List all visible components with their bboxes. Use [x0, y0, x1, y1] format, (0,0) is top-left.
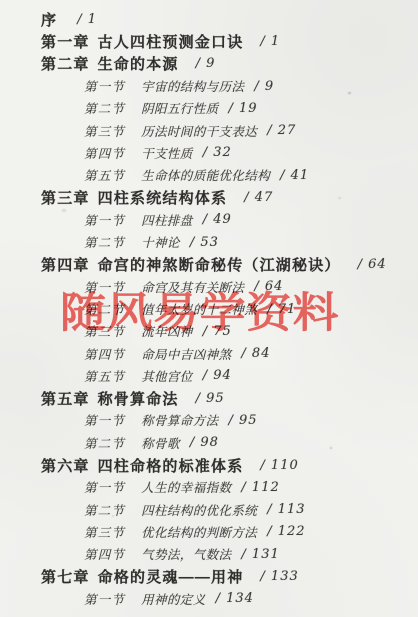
entry-page-number: / 47 — [244, 190, 273, 205]
scan-speck — [112, 515, 114, 517]
entry-label: 第一节 — [84, 411, 125, 429]
entry-label: 第二节 — [84, 233, 125, 251]
entry-label: 序 — [41, 9, 57, 30]
entry-label: 第二节 — [84, 434, 125, 452]
entry-title: 干支性质 — [141, 144, 193, 162]
scan-speck — [330, 447, 332, 449]
entry-title: 命格的灵魂——用神 — [98, 566, 244, 587]
entry-title: 优化结构的判断方法 — [141, 523, 257, 541]
entry-page-number: / 98 — [190, 435, 219, 450]
entry-label: 第一节 — [84, 77, 125, 95]
entry-title: 四柱系统结构体系 — [98, 187, 228, 208]
entry-title: 古人四柱预测金口诀 — [98, 31, 244, 52]
entry-label: 第二节 — [84, 99, 125, 117]
entry-page-number: / 95 — [229, 413, 258, 428]
entry-page-number: / 84 — [241, 346, 270, 361]
scan-speck — [338, 197, 341, 199]
entry-title: 称骨歌 — [141, 434, 180, 452]
entry-label: 第五节 — [84, 166, 125, 184]
toc-entry: 第三节优化结构的判断方法/ 122 — [0, 521, 418, 543]
entry-label: 第四节 — [84, 144, 125, 162]
toc-entry: 第四节干支性质/ 32 — [0, 142, 418, 164]
entry-title: 生命的本源 — [98, 53, 179, 74]
entry-page-number: / 112 — [241, 480, 279, 495]
entry-label: 第一节 — [84, 590, 125, 608]
entry-page-number: / 19 — [229, 101, 258, 116]
entry-title: 四柱命格的标准体系 — [98, 455, 244, 476]
entry-label: 第三节 — [84, 122, 125, 140]
entry-title: 称骨算命方法 — [141, 411, 218, 429]
entry-title: 历法时间的干支表达 — [141, 122, 257, 140]
entry-page-number: / 110 — [260, 458, 298, 473]
toc-entry: 第二章生命的本源/ 9 — [0, 53, 418, 75]
entry-page-number: / 122 — [267, 524, 305, 539]
scan-speck — [348, 92, 351, 94]
toc-entry: 第四章命宫的神煞断命秘传（江湖秘诀）/ 64 — [0, 253, 418, 275]
entry-page-number: / 53 — [190, 235, 219, 250]
entry-label: 第三章 — [41, 187, 90, 208]
entry-label: 第三节 — [84, 523, 125, 541]
entry-page-number: / 27 — [267, 123, 296, 138]
toc-entry: 第三章四柱系统结构体系/ 47 — [0, 186, 418, 208]
entry-label: 第一节 — [84, 211, 125, 229]
entry-page-number: / 94 — [203, 368, 232, 383]
entry-page-number: / 49 — [203, 212, 232, 227]
toc-entry: 第五节生命体的质能优化结构/ 41 — [0, 164, 418, 186]
entry-page-number: / 9 — [254, 79, 274, 94]
entry-title: 其他宫位 — [141, 367, 193, 385]
toc-entry: 第二节十神论/ 53 — [0, 231, 418, 253]
entry-label: 第四章 — [41, 254, 90, 275]
toc-entry: 第一节宇宙的结构与历法/ 9 — [0, 75, 418, 97]
toc-entry: 序/ 1 — [0, 8, 418, 30]
entry-title: 十神论 — [141, 233, 180, 251]
entry-page-number: / 113 — [267, 502, 305, 517]
toc-entry: 第二节称骨歌/ 98 — [0, 432, 418, 454]
entry-page-number: / 95 — [196, 391, 225, 406]
entry-title: 命宫的神煞断命秘传（江湖秘诀） — [98, 254, 341, 275]
toc-entry: 第一节四柱排盘/ 49 — [0, 209, 418, 231]
entry-title: 命局中吉凶神煞 — [141, 345, 231, 363]
entry-label: 第四节 — [84, 345, 125, 363]
entry-label: 第五章 — [41, 388, 90, 409]
entry-page-number: / 41 — [280, 168, 309, 183]
toc-entry: 第三节历法时间的干支表达/ 27 — [0, 119, 418, 141]
watermark-overlay: 随风易学资料 — [60, 279, 339, 340]
entry-page-number: / 1 — [77, 12, 97, 27]
toc-entry: 第二节四柱结构的优化系统/ 113 — [0, 499, 418, 521]
toc-entry: 第五章称骨算命法/ 95 — [0, 387, 418, 409]
entry-label: 第一章 — [41, 31, 90, 52]
entry-title: 宇宙的结构与历法 — [141, 77, 244, 95]
entry-label: 第二节 — [84, 501, 125, 519]
entry-label: 第六章 — [41, 455, 90, 476]
entry-page-number: / 9 — [196, 56, 216, 71]
entry-title: 生命体的质能优化结构 — [141, 166, 270, 184]
entry-page-number: / 131 — [241, 547, 279, 562]
entry-label: 第二章 — [41, 53, 90, 74]
entry-title: 气势法，气数法 — [141, 545, 231, 563]
entry-title: 阴阳五行性质 — [141, 99, 218, 117]
toc-entry: 第一章古人四柱预测金口诀/ 1 — [0, 30, 418, 52]
entry-page-number: / 64 — [358, 257, 387, 272]
entry-label: 第四节 — [84, 545, 125, 563]
entry-page-number: / 133 — [260, 569, 298, 584]
entry-label: 第五节 — [84, 367, 125, 385]
toc-entry: 第四节命局中吉凶神煞/ 84 — [0, 342, 418, 364]
entry-page-number: / 32 — [203, 145, 232, 160]
toc-entry: 第五节其他宫位/ 94 — [0, 365, 418, 387]
toc-entry: 第一节称骨算命方法/ 95 — [0, 409, 418, 431]
entry-title: 用神的定义 — [141, 590, 206, 608]
toc-entry: 第六章四柱命格的标准体系/ 110 — [0, 454, 418, 476]
entry-page-number: / 134 — [216, 591, 254, 606]
toc-entry: 第一节用神的定义/ 134 — [0, 588, 418, 610]
entry-label: 第七章 — [41, 566, 90, 587]
entry-title: 四柱结构的优化系统 — [141, 501, 257, 519]
toc-entry: 第七章命格的灵魂——用神/ 133 — [0, 565, 418, 587]
scanned-toc-page: 序/ 1第一章古人四柱预测金口诀/ 1第二章生命的本源/ 9第一节宇宙的结构与历… — [0, 0, 418, 617]
entry-title: 四柱排盘 — [141, 211, 193, 229]
entry-label: 第一节 — [84, 478, 125, 496]
toc-entry: 第一节人生的幸福指数/ 112 — [0, 476, 418, 498]
scan-speck — [62, 209, 66, 212]
toc-entry: 第四节气势法，气数法/ 131 — [0, 543, 418, 565]
entry-page-number: / 1 — [260, 34, 280, 49]
entry-title: 称骨算命法 — [98, 388, 179, 409]
toc-entry: 第二节阴阳五行性质/ 19 — [0, 97, 418, 119]
entry-title: 人生的幸福指数 — [141, 478, 231, 496]
